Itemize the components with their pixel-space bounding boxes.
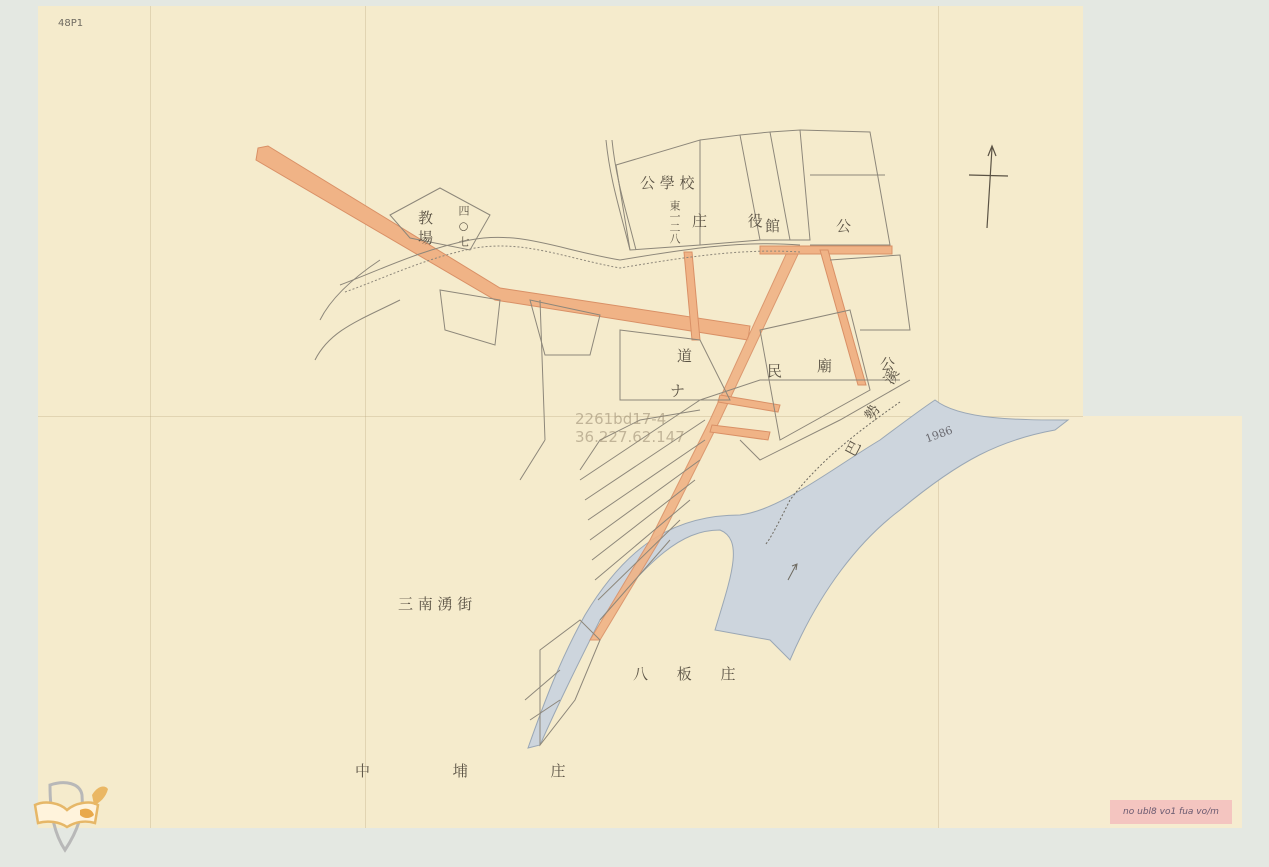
- lot-number: 東一二八: [666, 200, 682, 244]
- school-label: 公 學 校: [640, 172, 695, 193]
- watermark-line: 36.227.62.147: [575, 428, 685, 446]
- temple-label: 廟: [817, 355, 832, 376]
- drill-ground-label: 教 場: [415, 210, 436, 245]
- hall-label: 館: [765, 215, 780, 236]
- river: [528, 400, 1068, 748]
- archive-label: no ubl8 vo1 fua vo/m: [1110, 800, 1232, 824]
- public-label: 公: [880, 353, 895, 374]
- watermark-line: 2261bd17-4: [575, 410, 685, 428]
- cross-road: [710, 425, 770, 440]
- lot-label: 道: [677, 345, 692, 366]
- lot-number: 四 ○ 七: [455, 205, 471, 247]
- lot-label: ナ: [670, 380, 685, 401]
- village-label: 八 板 庄: [633, 663, 748, 684]
- catalog-number: 48P1: [58, 18, 83, 29]
- lot-label: 民: [767, 360, 782, 381]
- map-sheet: 三 南 湧 街 中 埔 庄 八 板 庄 巴 勢 溪 公 學 校 東一二八 庄 役…: [0, 0, 1269, 867]
- watermark: 2261bd17-4 36.227.62.147: [575, 410, 685, 446]
- street-label: 三 南 湧 街: [398, 593, 472, 614]
- public-label: 公: [836, 215, 851, 236]
- library-logo-icon: [20, 775, 115, 855]
- village-label: 中 埔 庄: [355, 760, 605, 781]
- north-arrow-icon: [969, 146, 1008, 228]
- cross-road: [718, 395, 780, 412]
